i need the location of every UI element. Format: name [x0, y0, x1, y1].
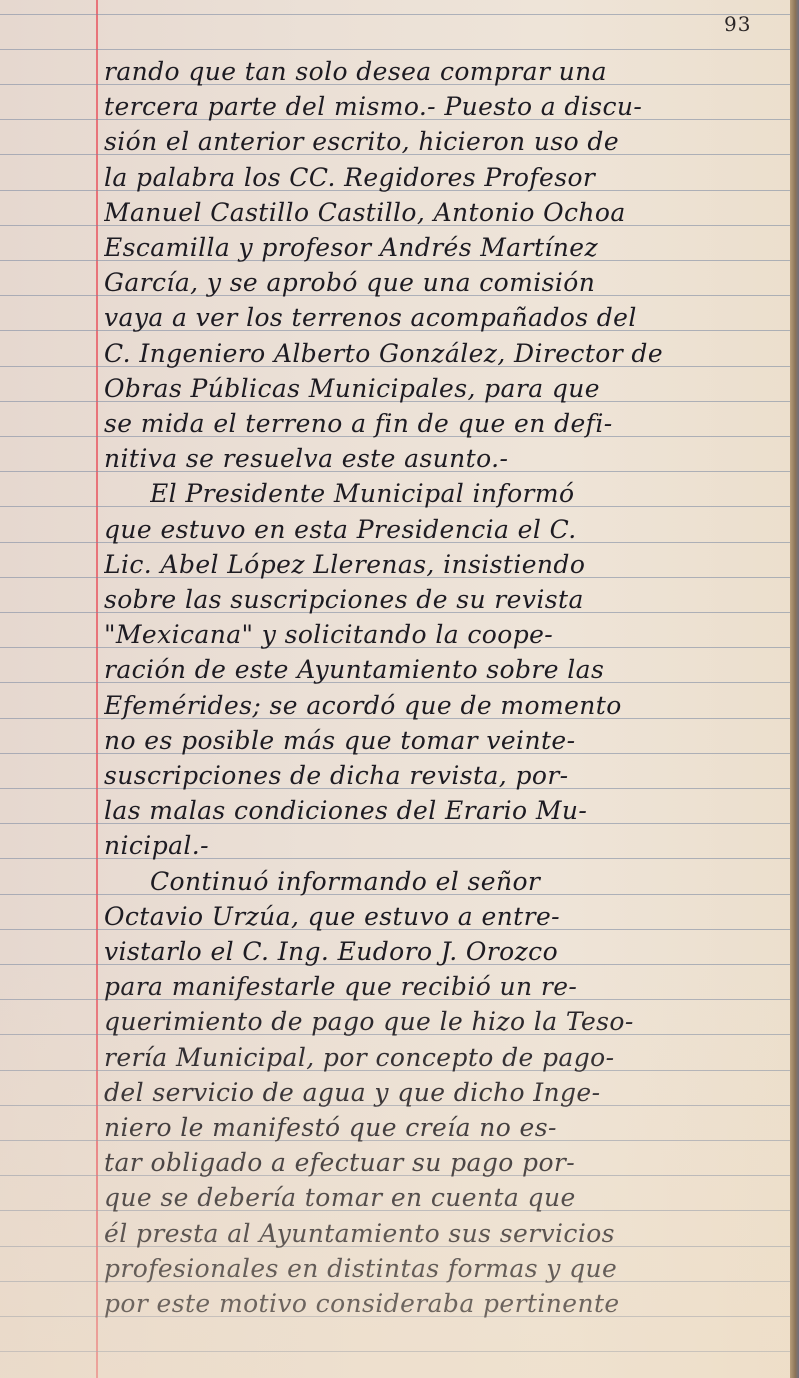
- text-line-16: sobre las suscripciones de su revista: [104, 585, 774, 615]
- text-line-19: Efemérides; se acordó que de momento: [104, 691, 774, 721]
- text-line-20: no es posible más que tomar veinte-: [104, 726, 774, 756]
- text-line-27: para manifestarle que recibió un re-: [104, 972, 774, 1002]
- text-line-10: Obras Públicas Municipales, para que: [104, 374, 774, 404]
- ruled-line: [0, 1351, 790, 1352]
- text-line-12: nitiva se resuelva este asunto.-: [104, 444, 774, 474]
- text-line-25: Octavio Urzúa, que estuvo a entre-: [104, 902, 774, 932]
- text-line-2: tercera parte del mismo.- Puesto a discu…: [104, 92, 774, 122]
- text-line-36: por este motivo consideraba pertinente: [104, 1289, 774, 1319]
- page-edge: [790, 0, 799, 1378]
- text-line-29: rería Municipal, por concepto de pago-: [104, 1043, 774, 1073]
- text-line-32: tar obligado a efectuar su pago por-: [104, 1148, 774, 1178]
- text-line-28: querimiento de pago que le hizo la Teso-: [104, 1007, 774, 1037]
- text-line-5: Manuel Castillo Castillo, Antonio Ochoa: [104, 198, 774, 228]
- text-line-30: del servicio de agua y que dicho Inge-: [104, 1078, 774, 1108]
- text-line-8: vaya a ver los terrenos acompañados del: [104, 303, 774, 333]
- red-margin-line: [96, 0, 98, 1378]
- page-number: 93: [724, 12, 751, 36]
- text-line-4: la palabra los CC. Regidores Profesor: [104, 163, 774, 193]
- text-line-33: que se debería tomar en cuenta que: [104, 1183, 774, 1213]
- ruled-line: [0, 14, 790, 15]
- text-line-3: sión el anterior escrito, hicieron uso d…: [104, 127, 774, 157]
- text-line-21: suscripciones de dicha revista, por-: [104, 761, 774, 791]
- text-line-18: ración de este Ayuntamiento sobre las: [104, 655, 774, 685]
- text-line-6: Escamilla y profesor Andrés Martínez: [104, 233, 774, 263]
- text-line-31: niero le manifestó que creía no es-: [104, 1113, 774, 1143]
- text-line-26: vistarlo el C. Ing. Eudoro J. Orozco: [104, 937, 774, 967]
- text-line-7: García, y se aprobó que una comisión: [104, 268, 774, 298]
- text-line-24: Continuó informando el señor: [150, 867, 774, 897]
- text-line-22: las malas condiciones del Erario Mu-: [104, 796, 774, 826]
- text-line-11: se mida el terreno a fin de que en defi-: [104, 409, 774, 439]
- ledger-page: 93 rando que tan solo desea comprar una …: [0, 0, 790, 1378]
- text-line-35: profesionales en distintas formas y que: [104, 1254, 774, 1284]
- text-line-23: nicipal.-: [104, 831, 774, 861]
- text-line-17: "Mexicana" y solicitando la coope-: [104, 620, 774, 650]
- text-line-34: él presta al Ayuntamiento sus servicios: [104, 1219, 774, 1249]
- text-line-13: El Presidente Municipal informó: [150, 479, 774, 509]
- text-line-15: Lic. Abel López Llerenas, insistiendo: [104, 550, 774, 580]
- text-line-9: C. Ingeniero Alberto González, Director …: [104, 339, 774, 369]
- ruled-line: [0, 49, 790, 50]
- text-line-14: que estuvo en esta Presidencia el C.: [104, 515, 774, 545]
- text-line-1: rando que tan solo desea comprar una: [104, 57, 774, 87]
